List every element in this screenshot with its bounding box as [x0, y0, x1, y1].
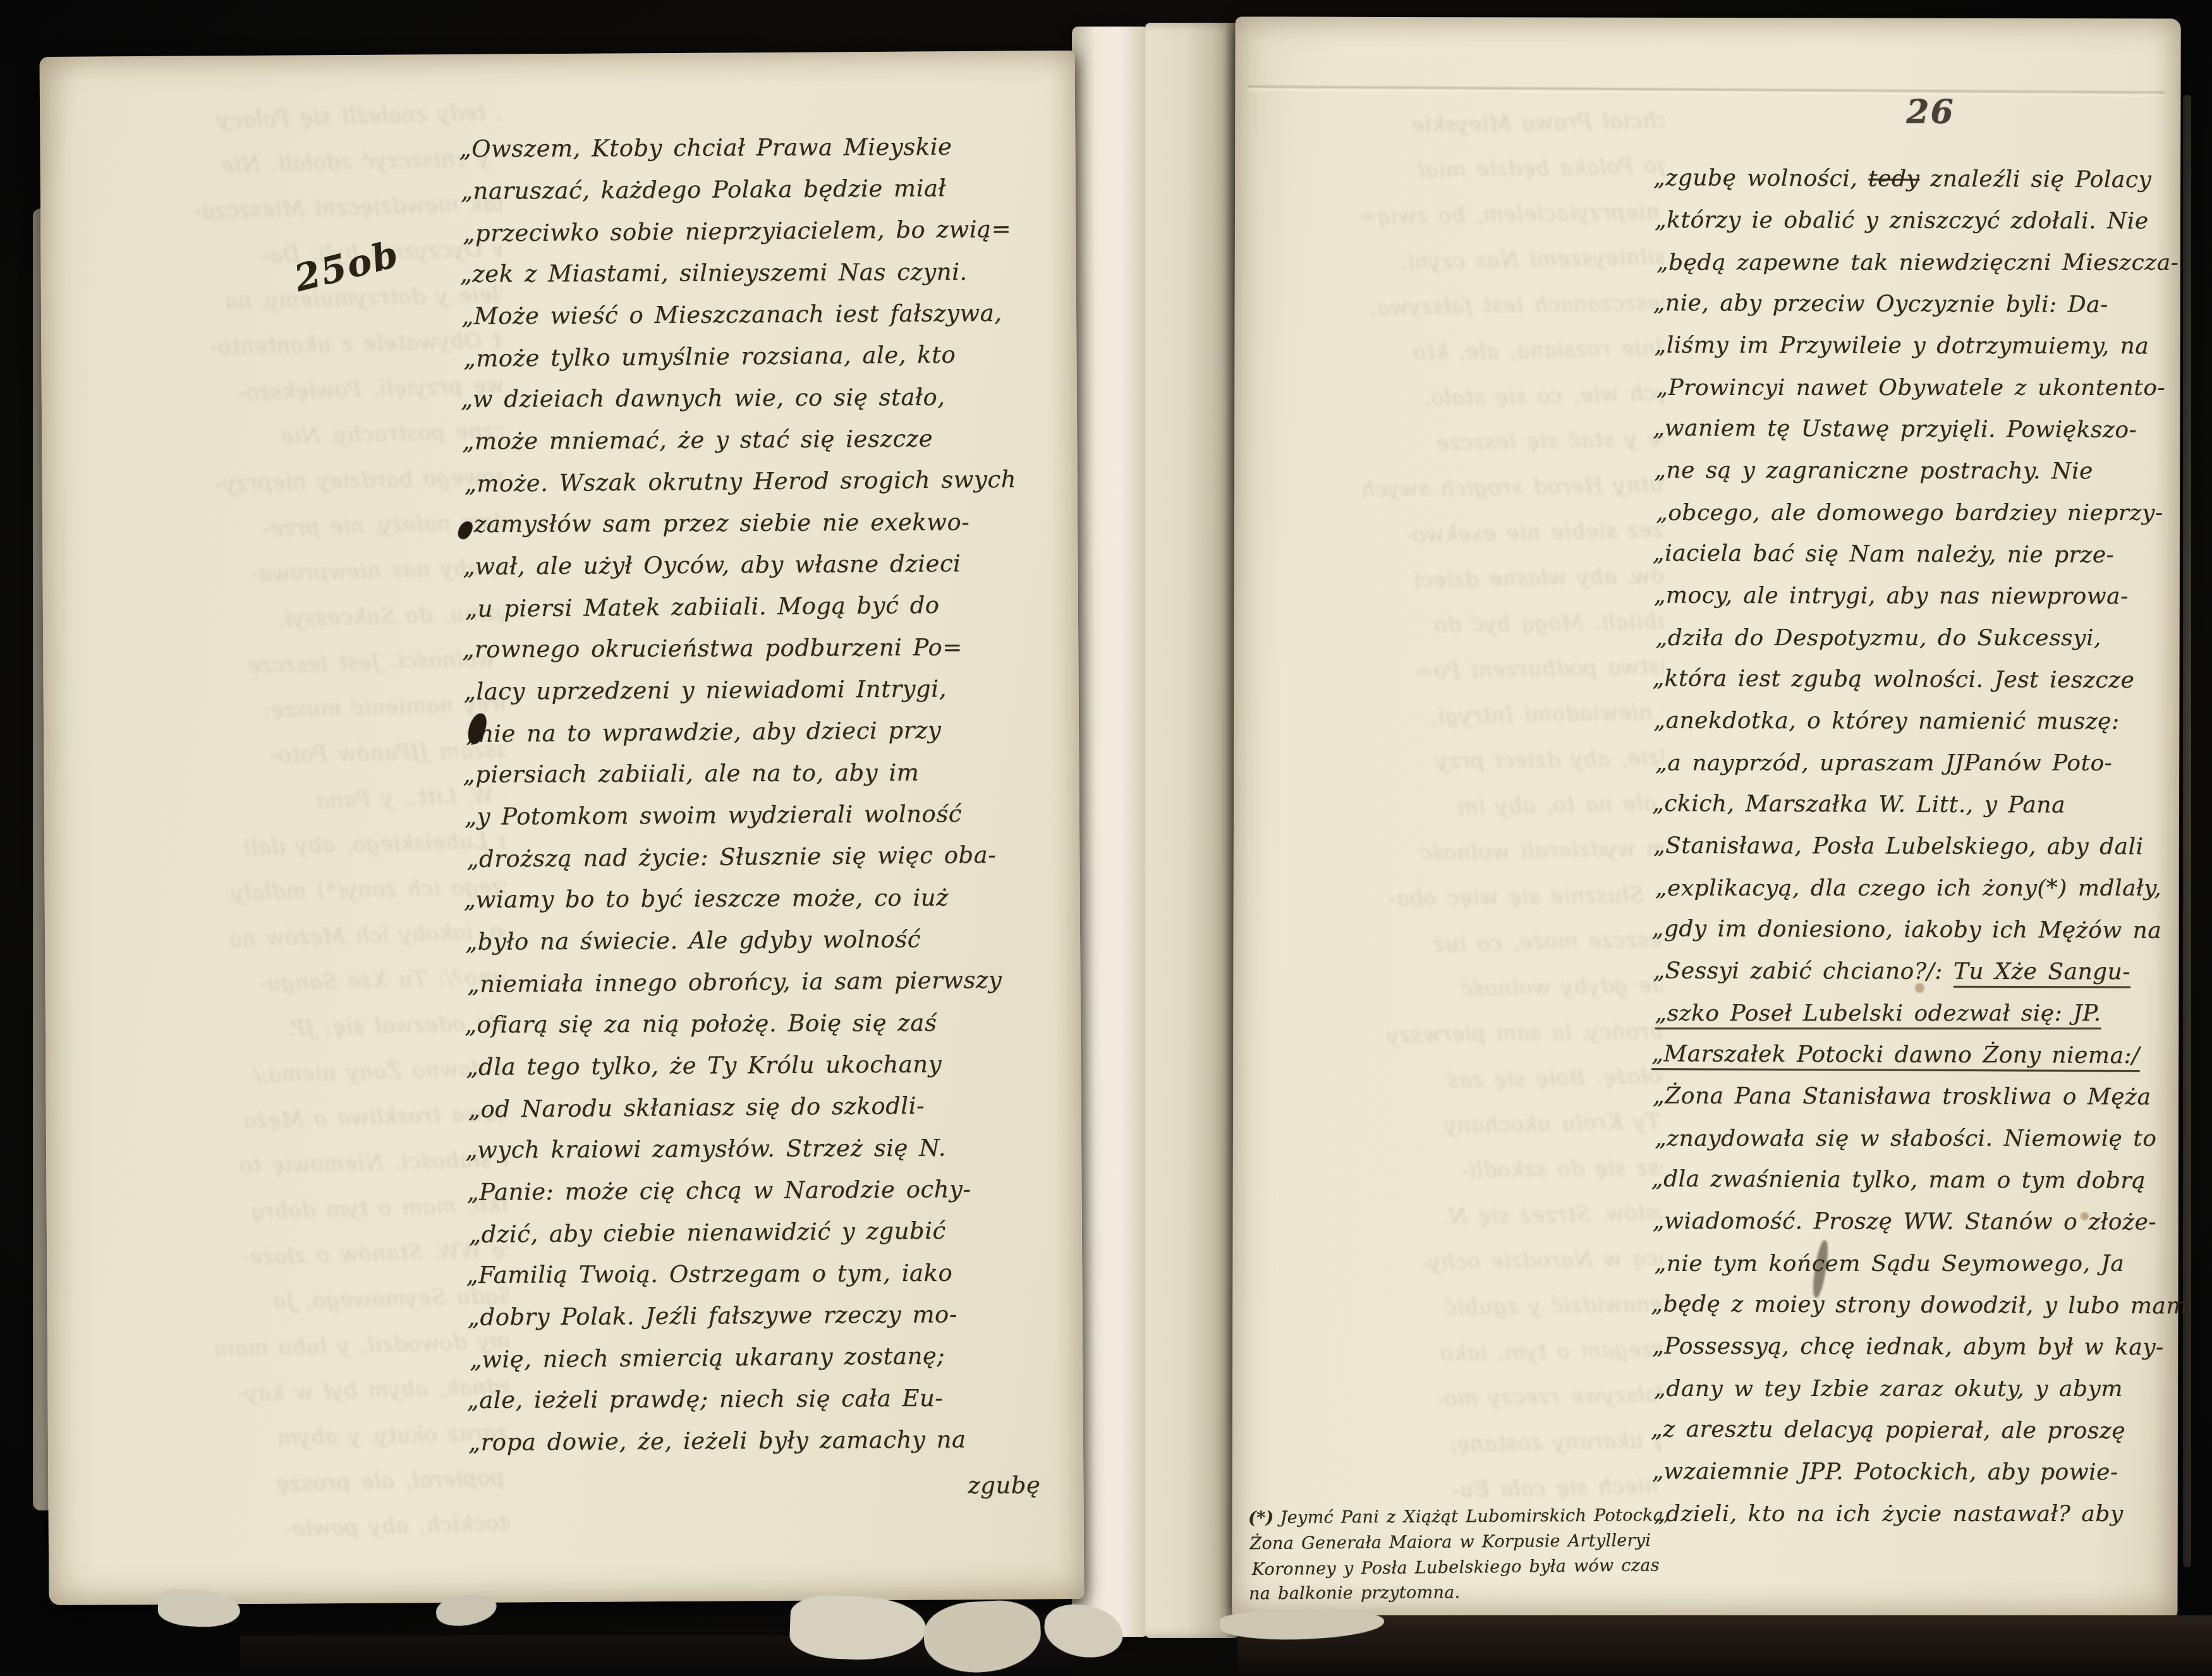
manuscript-line: „Może wieść o Mieszczanach iest fałszywa…	[461, 292, 1084, 337]
gutter-page-edge-2	[1145, 23, 1239, 1638]
manuscript-line: „wał, ale użył Oyców, aby własne dzieci	[1258, 549, 1665, 605]
manuscript-line: „w dzieiach dawnych wie, co się stało,	[1258, 367, 1665, 425]
left-page: „zgubę wolności, tedy znaleźli się Polac…	[40, 51, 1085, 1605]
manuscript-line: „a nayprzód, upraszam JJPanów Poto-	[84, 722, 510, 782]
manuscript-line: „dany w tey Izbie zaraz okuty, y abym	[1654, 1368, 2180, 1410]
manuscript-line: „może mniemać, że y stać się ieszcze	[462, 417, 1085, 463]
foxing-spot	[1915, 983, 1924, 993]
manuscript-line: „Prowincyi nawet Obywatele z ukontento-	[1656, 367, 2182, 409]
manuscript-line: „ofiarą się za nią położę. Boię się zaś	[1265, 1048, 1665, 1107]
manuscript-line: „od Narodu skłaniasz się do szkodli-	[1263, 1141, 1665, 1196]
manuscript-line: „dla zwaśnienia tylko, mam o tym dobrą	[1651, 1158, 2177, 1202]
manuscript-line: „niemiała innego obrońcy, ia sam pierwsz…	[1261, 1004, 1665, 1060]
manuscript-line: „Owszem, Ktoby chciał Prawa Mieyskie	[1258, 99, 1665, 152]
page-number: 26	[1906, 93, 1955, 131]
manuscript-line: „może. Wszak okrutny Herod srogich swych	[464, 458, 1087, 505]
manuscript-line: „Stanisława, Posła Lubelskiego, aby dali	[1653, 825, 2179, 868]
manuscript-line: „ale, ieżeli prawdę; niech się cała Eu-	[1272, 1458, 1665, 1503]
manuscript-line: „która iest zgubą wolności. Jest ieszcze	[1652, 658, 2178, 701]
manuscript-line: „liśmy im Przywileie y dotrzymuiemy, na	[1654, 325, 2180, 368]
manuscript-line: „zgubę wolności, tedy znaleźli się Polac…	[84, 92, 510, 147]
manuscript-line: „zamysłów sam przez siebie nie exekwo-	[461, 501, 1084, 545]
manuscript-line: „zek z Miastami, silnieyszemi Nas czyni.	[460, 251, 1083, 295]
manuscript-line: „wiadomość. Proszę WW. Stanów o złoże-	[99, 1222, 510, 1284]
manuscript-line: „waniem tę Ustawę przyięli. Powiększo-	[84, 357, 510, 420]
left-page-text: „Owszem, Ktoby chciał Prawa Mieyskie„nar…	[460, 125, 1091, 1464]
manuscript-line: „w dzieiach dawnych wie, co się stało,	[461, 376, 1083, 420]
backing-cloth	[1237, 1615, 2212, 1676]
manuscript-line: „dla tego tylko, że Ty Królu ukochany	[466, 1043, 1088, 1088]
manuscript-line: „wych kraiowi zamysłów. Strzeż się N.	[1267, 1185, 1665, 1243]
folio-label: 25ob	[290, 232, 404, 300]
manuscript-line: „wał, ale użył Oyców, aby własne dzieci	[463, 542, 1085, 588]
manuscript-line: „Marszałek Potocki dawno Żony niema:/	[1651, 1033, 2177, 1077]
manuscript-line: „nie na to wprawdzie, aby dzieci przy	[466, 708, 1089, 755]
footnote-line: (*)Jeymć Pani z Xiążąt Lubomirskich Poto…	[1248, 1502, 1817, 1531]
manuscript-line: „lacy uprzedzeni y niewiadomi Intrygi,	[1258, 685, 1665, 742]
manuscript-line: „Possessyą, chcę iednak, abym był w kay-	[103, 1358, 510, 1420]
manuscript-line: „ne są y zagraniczne postrachy. Nie	[1654, 450, 2180, 493]
manuscript-line: „iaciela bać się Nam należy, nie prze-	[84, 494, 510, 557]
manuscript-line: „u piersi Matek zabiiali. Mogą być do	[465, 583, 1088, 630]
manuscript-line: „explikacyą, dla czego ich żony(*) mdlał…	[87, 858, 510, 919]
manuscript-line: „dobry Polak. Jeźli fałszywe rzeczy mo-	[1269, 1368, 1665, 1424]
manuscript-line: „dzić, aby ciebie nienawidzić y zgubić	[469, 1209, 1092, 1256]
footnote-marker: (*)	[1248, 1508, 1274, 1527]
manuscript-line: „Stanisława, Posła Lubelskiego, aby dali	[88, 812, 510, 874]
manuscript-line: „iaciela bać się Nam należy, nie prze-	[1653, 533, 2179, 576]
manuscript-line: „Żona Pana Stanisława troskliwa o Męża	[1653, 1076, 2179, 1119]
manuscript-line: „będą zapewne tak niewdzięczni Mieszcza-	[84, 176, 510, 237]
manuscript-line: „będą zapewne tak niewdzięczni Mieszcza-	[1656, 242, 2182, 284]
footnote-line: na balkonie przytomna.	[1249, 1577, 1818, 1606]
manuscript-line: „naruszać, każdego Polaka będzie miał	[1258, 139, 1665, 196]
manuscript-line: „y Potomkom swoim wydzierali wolność	[1259, 822, 1665, 878]
manuscript-line: „a nayprzód, upraszam JJPanów Poto-	[1655, 743, 2181, 784]
manuscript-line: „która iest zgubą wolności. Jest ieszcze	[85, 630, 510, 693]
manuscript-line: „nie na to wprawdzie, aby dzieci przy	[1258, 731, 1665, 787]
manuscript-line: „ropa dowie, że, ieżeli były zamachy na	[468, 1418, 1091, 1464]
manuscript-line: „dzieli, kto na ich życie nastawał? aby	[106, 1541, 510, 1548]
manuscript-line: „może. Wszak okrutny Herod srogich swych	[1258, 458, 1665, 514]
manuscript-line: „dziła do Despotyzmu, do Sukcessyi,	[1656, 617, 2182, 659]
manuscript-line: „Marszałek Potocki dawno Żony niema:/	[95, 1039, 510, 1102]
manuscript-line: „Prowincyi nawet Obywatele z ukontento-	[84, 313, 510, 373]
manuscript-line: „szko Poseł Lubelski odezwał się: JP.	[91, 995, 510, 1055]
manuscript-line: „będę z moiey strony dowodził, y lubo ma…	[1651, 1284, 2177, 1327]
manuscript-line: „było na świecie. Ale gdyby wolność	[1261, 958, 1665, 1015]
manuscript-line: „znaydowała się w słabości. Niemowię to	[95, 1131, 510, 1192]
manuscript-line: „zgubę wolności, tedy znaleźli się Polac…	[1653, 157, 2179, 201]
manuscript-line: „wiamy bo to być ieszcze może, co iuż	[1262, 912, 1665, 970]
manuscript-line: „u piersi Matek zabiiali. Mogą być do	[1258, 595, 1665, 650]
manuscript-line: „z aresztu delacyą popierał, ale proszę	[1651, 1409, 2177, 1452]
foxing-spot	[2081, 1212, 2089, 1220]
manuscript-line: „wzaiemnie JPP. Potockich, aby powie-	[1652, 1451, 2178, 1494]
manuscript-line: „wię, niech smiercią ukarany zostanę;	[1268, 1414, 1665, 1469]
manuscript-line: „Possessyą, chcę iednak, abym był w kay-	[1652, 1326, 2178, 1369]
manuscript-line: „wzaiemnie JPP. Potockich, aby powie-	[107, 1495, 510, 1548]
manuscript-line: „Może wieść o Mieszczanach iest fałszywa…	[1258, 276, 1665, 332]
manuscript-line: „może tylko umyślnie rozsiana, ale, kto	[463, 333, 1086, 380]
manuscript-line: „explikacyą, dla czego ich żony(*) mdlał…	[1655, 868, 2181, 909]
manuscript-line: „naruszać, każdego Polaka będzie miał	[461, 167, 1083, 212]
manuscript-line: „wię, niech smiercią ukarany zostanę;	[470, 1334, 1093, 1381]
catchword: zgubę	[825, 1471, 1040, 1500]
manuscript-line: „nie tym końcem Sądu Seymowego, Ja	[99, 1268, 510, 1328]
manuscript-line: „y Potomkom swoim wydzierali wolność	[465, 792, 1087, 838]
manuscript-line: „Familią Twoią. Ostrzegam o tym, iako	[1270, 1321, 1665, 1380]
struck-word: tedy	[1868, 166, 1919, 191]
manuscript-line: „było na świecie. Ale gdyby wolność	[465, 918, 1088, 963]
bleedthrough-text-left: „zgubę wolności, tedy znaleźli się Polac…	[84, 92, 510, 1548]
manuscript-line: „wiamy bo to być ieszcze może, co iuż	[464, 877, 1086, 921]
manuscript-line: „z aresztu delacyą popierał, ale proszę	[107, 1448, 510, 1512]
manuscript-line: „gdy im doniesiono, iakoby ich Mężów na	[1652, 908, 2178, 952]
manuscript-line: „którzy ie obalić y zniszczyć zdołali. N…	[1655, 200, 2180, 243]
manuscript-line: „Owszem, Ktoby chciał Prawa Mieyskie	[459, 126, 1081, 170]
manuscript-line: „dzić, aby ciebie nienawidzić y zgubić	[1266, 1277, 1665, 1333]
manuscript-line: „mocy, ale intrygi, aby nas niewprowa-	[84, 539, 510, 601]
manuscript-line: „lacy uprzedzeni y niewiadomi Intrygi,	[463, 667, 1086, 713]
manuscript-scan: „zgubę wolności, tedy znaleźli się Polac…	[0, 0, 2212, 1676]
manuscript-line: „niemiała innego obrońcy, ia sam pierwsz…	[467, 959, 1090, 1005]
manuscript-line: „ne są y zagraniczne postrachy. Nie	[84, 403, 510, 465]
manuscript-line: „anekdotka, o którey namienić muszę:	[1653, 700, 2179, 743]
manuscript-line: „będę z moiey strony dowodził, y lubo ma…	[103, 1312, 510, 1375]
right-page-text: „zgubę wolności, tedy znaleźli się Polac…	[1652, 158, 2181, 1536]
manuscript-line: „mocy, ale intrygi, aby nas niewprowa-	[1654, 575, 2180, 618]
manuscript-line: „nie, aby przeciw Oyczyznie byli: Da-	[1653, 282, 2179, 326]
manuscript-line: „waniem tę Ustawę przyięli. Powiększo-	[1653, 408, 2179, 451]
manuscript-line: „dobry Polak. Jeźli fałszywe rzeczy mo-	[468, 1293, 1090, 1339]
manuscript-line: „znaydowała się w słabości. Niemowię to	[1655, 1118, 2180, 1160]
manuscript-line: „obcego, ale domowego bardziey nieprzy-	[84, 449, 510, 510]
manuscript-line: „Panie: może cię chcą w Narodzie ochy-	[466, 1168, 1089, 1213]
manuscript-line: „dziła do Despotyzmu, do Sukcessyi,	[84, 586, 510, 647]
manuscript-line: „nie tym końcem Sądu Seymowego, Ja	[1655, 1243, 2180, 1285]
right-page: „Owszem, Ktoby chciał Prawa Mieyskie„nar…	[1232, 16, 2180, 1618]
manuscript-line: „droższą nad życie: Słusznie się więc ob…	[466, 834, 1090, 880]
manuscript-line: „od Narodu skłaniasz się do szkodli-	[468, 1084, 1091, 1131]
manuscript-line: „Sessyi zabić chciano?/: Tu Xże Sangu-	[92, 949, 510, 1011]
manuscript-line: „rownego okrucieństwa podburzeni Po=	[1258, 639, 1665, 697]
manuscript-line: „Żona Pana Stanisława troskliwa o Męża	[95, 1085, 510, 1147]
manuscript-line: „gdy im doniesiono, iakoby ich Mężów na	[92, 902, 510, 966]
manuscript-line: „ale, ieżeli prawdę; niech się cała Eu-	[466, 1377, 1089, 1421]
manuscript-line: „przeciwko sobie nieprzyiacielem, bo zwi…	[463, 208, 1086, 255]
bleedthrough-text-right: „Owszem, Ktoby chciał Prawa Mieyskie„nar…	[1258, 99, 1665, 1503]
manuscript-line: „piersiach zabiiali, ale na to, aby im	[463, 751, 1085, 796]
manuscript-line: „zamysłów sam przez siebie nie exekwo-	[1258, 503, 1665, 561]
manuscript-line: „piersiach zabiiali, ale na to, aby im	[1260, 775, 1665, 834]
manuscript-line: „anekdotka, o którey namienić muszę:	[85, 676, 510, 738]
manuscript-line: „może mniemać, że y stać się ieszcze	[1258, 412, 1665, 469]
manuscript-line: „przeciwko sobie nieprzyiacielem, bo zwi…	[1258, 186, 1665, 241]
manuscript-line: „dany w tey Izbie zaraz okuty, y abym	[102, 1404, 510, 1465]
manuscript-line: „ckich, Marszałka W. Litt., y Pana	[1652, 783, 2178, 827]
manuscript-line: „Panie: może cię chcą w Narodzie ochy-	[1267, 1231, 1665, 1288]
manuscript-line: „zek z Miastami, silnieyszemi Nas czyni.	[1258, 230, 1665, 288]
manuscript-line: „Familią Twoią. Ostrzegam o tym, iako	[466, 1252, 1088, 1296]
manuscript-line: „dla tego tylko, że Ty Królu ukochany	[1264, 1095, 1665, 1151]
manuscript-line: „którzy ie obalić y zniszczyć zdołali. N…	[84, 130, 510, 192]
manuscript-line: „obcego, ale domowego bardziey nieprzy-	[1656, 492, 2182, 534]
manuscript-line: „szko Poseł Lubelski odezwał się: JP.	[1655, 993, 2180, 1035]
footnote: (*)Jeymć Pani z Xiążąt Lubomirskich Poto…	[1249, 1502, 1819, 1608]
manuscript-line: „dla zwaśnienia tylko, mam o tym dobrą	[99, 1175, 510, 1239]
right-page-edge-sliver	[2183, 95, 2191, 1567]
underlined-text: Tu Xże Sangu-	[1954, 959, 2130, 985]
manuscript-line: „ofiarą się za nią położę. Boię się zaś	[465, 1002, 1087, 1046]
manuscript-line: „ckich, Marszałka W. Litt., y Pana	[88, 766, 510, 829]
manuscript-line: „wych kraiowi zamysłów. Strzeż się N.	[465, 1127, 1088, 1171]
manuscript-line: „rownego okrucieństwa podburzeni Po=	[462, 626, 1085, 671]
manuscript-line: „może tylko umyślnie rozsiana, ale, kto	[1258, 322, 1665, 378]
manuscript-line: „droższą nad życie: Słusznie się więc ob…	[1258, 868, 1665, 923]
manuscript-line: „wiadomość. Proszę WW. Stanów o złoże-	[1653, 1201, 2179, 1244]
